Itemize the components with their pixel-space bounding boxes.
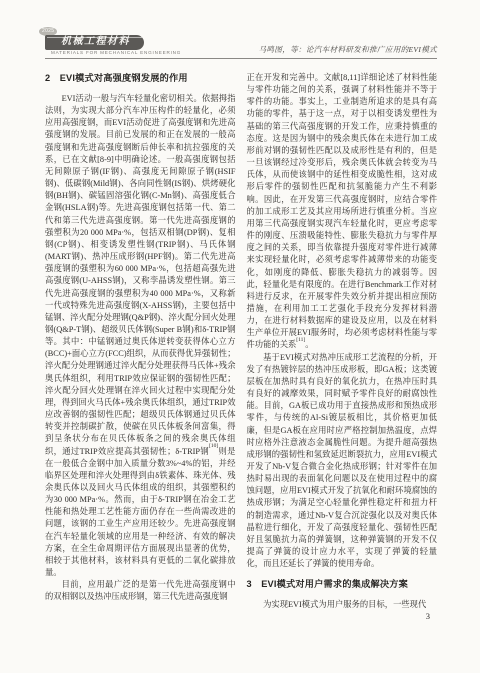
- left-column: 2 EVI模式对高强度钢发展的作用EVI活动一般与汽车轻量化密切相关。依据拇指法…: [45, 72, 236, 612]
- page-header: 2025 机械工程材料 MATERIALS FOR MECHANICAL ENG…: [45, 30, 437, 59]
- body-paragraph: EVI活动一般与汽车轻量化密切相关。依据拇指法则，为实现大部分汽车冲压构件的轻量…: [45, 93, 236, 579]
- journal-subtitle: MATERIALS FOR MECHANICAL ENGINEERING: [45, 51, 181, 56]
- journal-page: 2025 机械工程材料 MATERIALS FOR MECHANICAL ENG…: [0, 0, 480, 673]
- body-paragraph: 正在开发和完善中。文献[8,11]详细论述了材料性能与零件功能之间的关系，强调了…: [247, 72, 438, 352]
- two-column-body: 2 EVI模式对高强度钢发展的作用EVI活动一般与汽车轻量化密切相关。依据拇指法…: [45, 72, 437, 612]
- section-heading: 2 EVI模式对高强度钢发展的作用: [45, 72, 236, 85]
- journal-title-logo: 机械工程材料: [45, 35, 144, 50]
- body-paragraph: 基于EVI模式对热冲压成形工艺流程的分析，开发了有热镀锌层的热冲压成形板，即GA…: [247, 352, 438, 571]
- body-paragraph: 目前，应用最广泛的是第一代先进高强度钢中的双相钢以及热冲压成形钢，第三代先进高强…: [45, 579, 236, 603]
- page-number: 3: [426, 611, 430, 621]
- right-column: 正在开发和完善中。文献[8,11]详细论述了材料性能与零件功能之间的关系，强调了…: [247, 72, 438, 612]
- journal-logo: 2025 机械工程材料 MATERIALS FOR MECHANICAL ENG…: [45, 32, 181, 56]
- section-heading: 3 EVI模式对用户需求的集成解决方案: [247, 578, 438, 591]
- running-title: 马鸣图，等：论汽车材料研发和推广应用的EVI模式: [259, 44, 437, 56]
- body-paragraph: 为实现EVI模式为用户服务的目标，一些现代: [247, 599, 438, 611]
